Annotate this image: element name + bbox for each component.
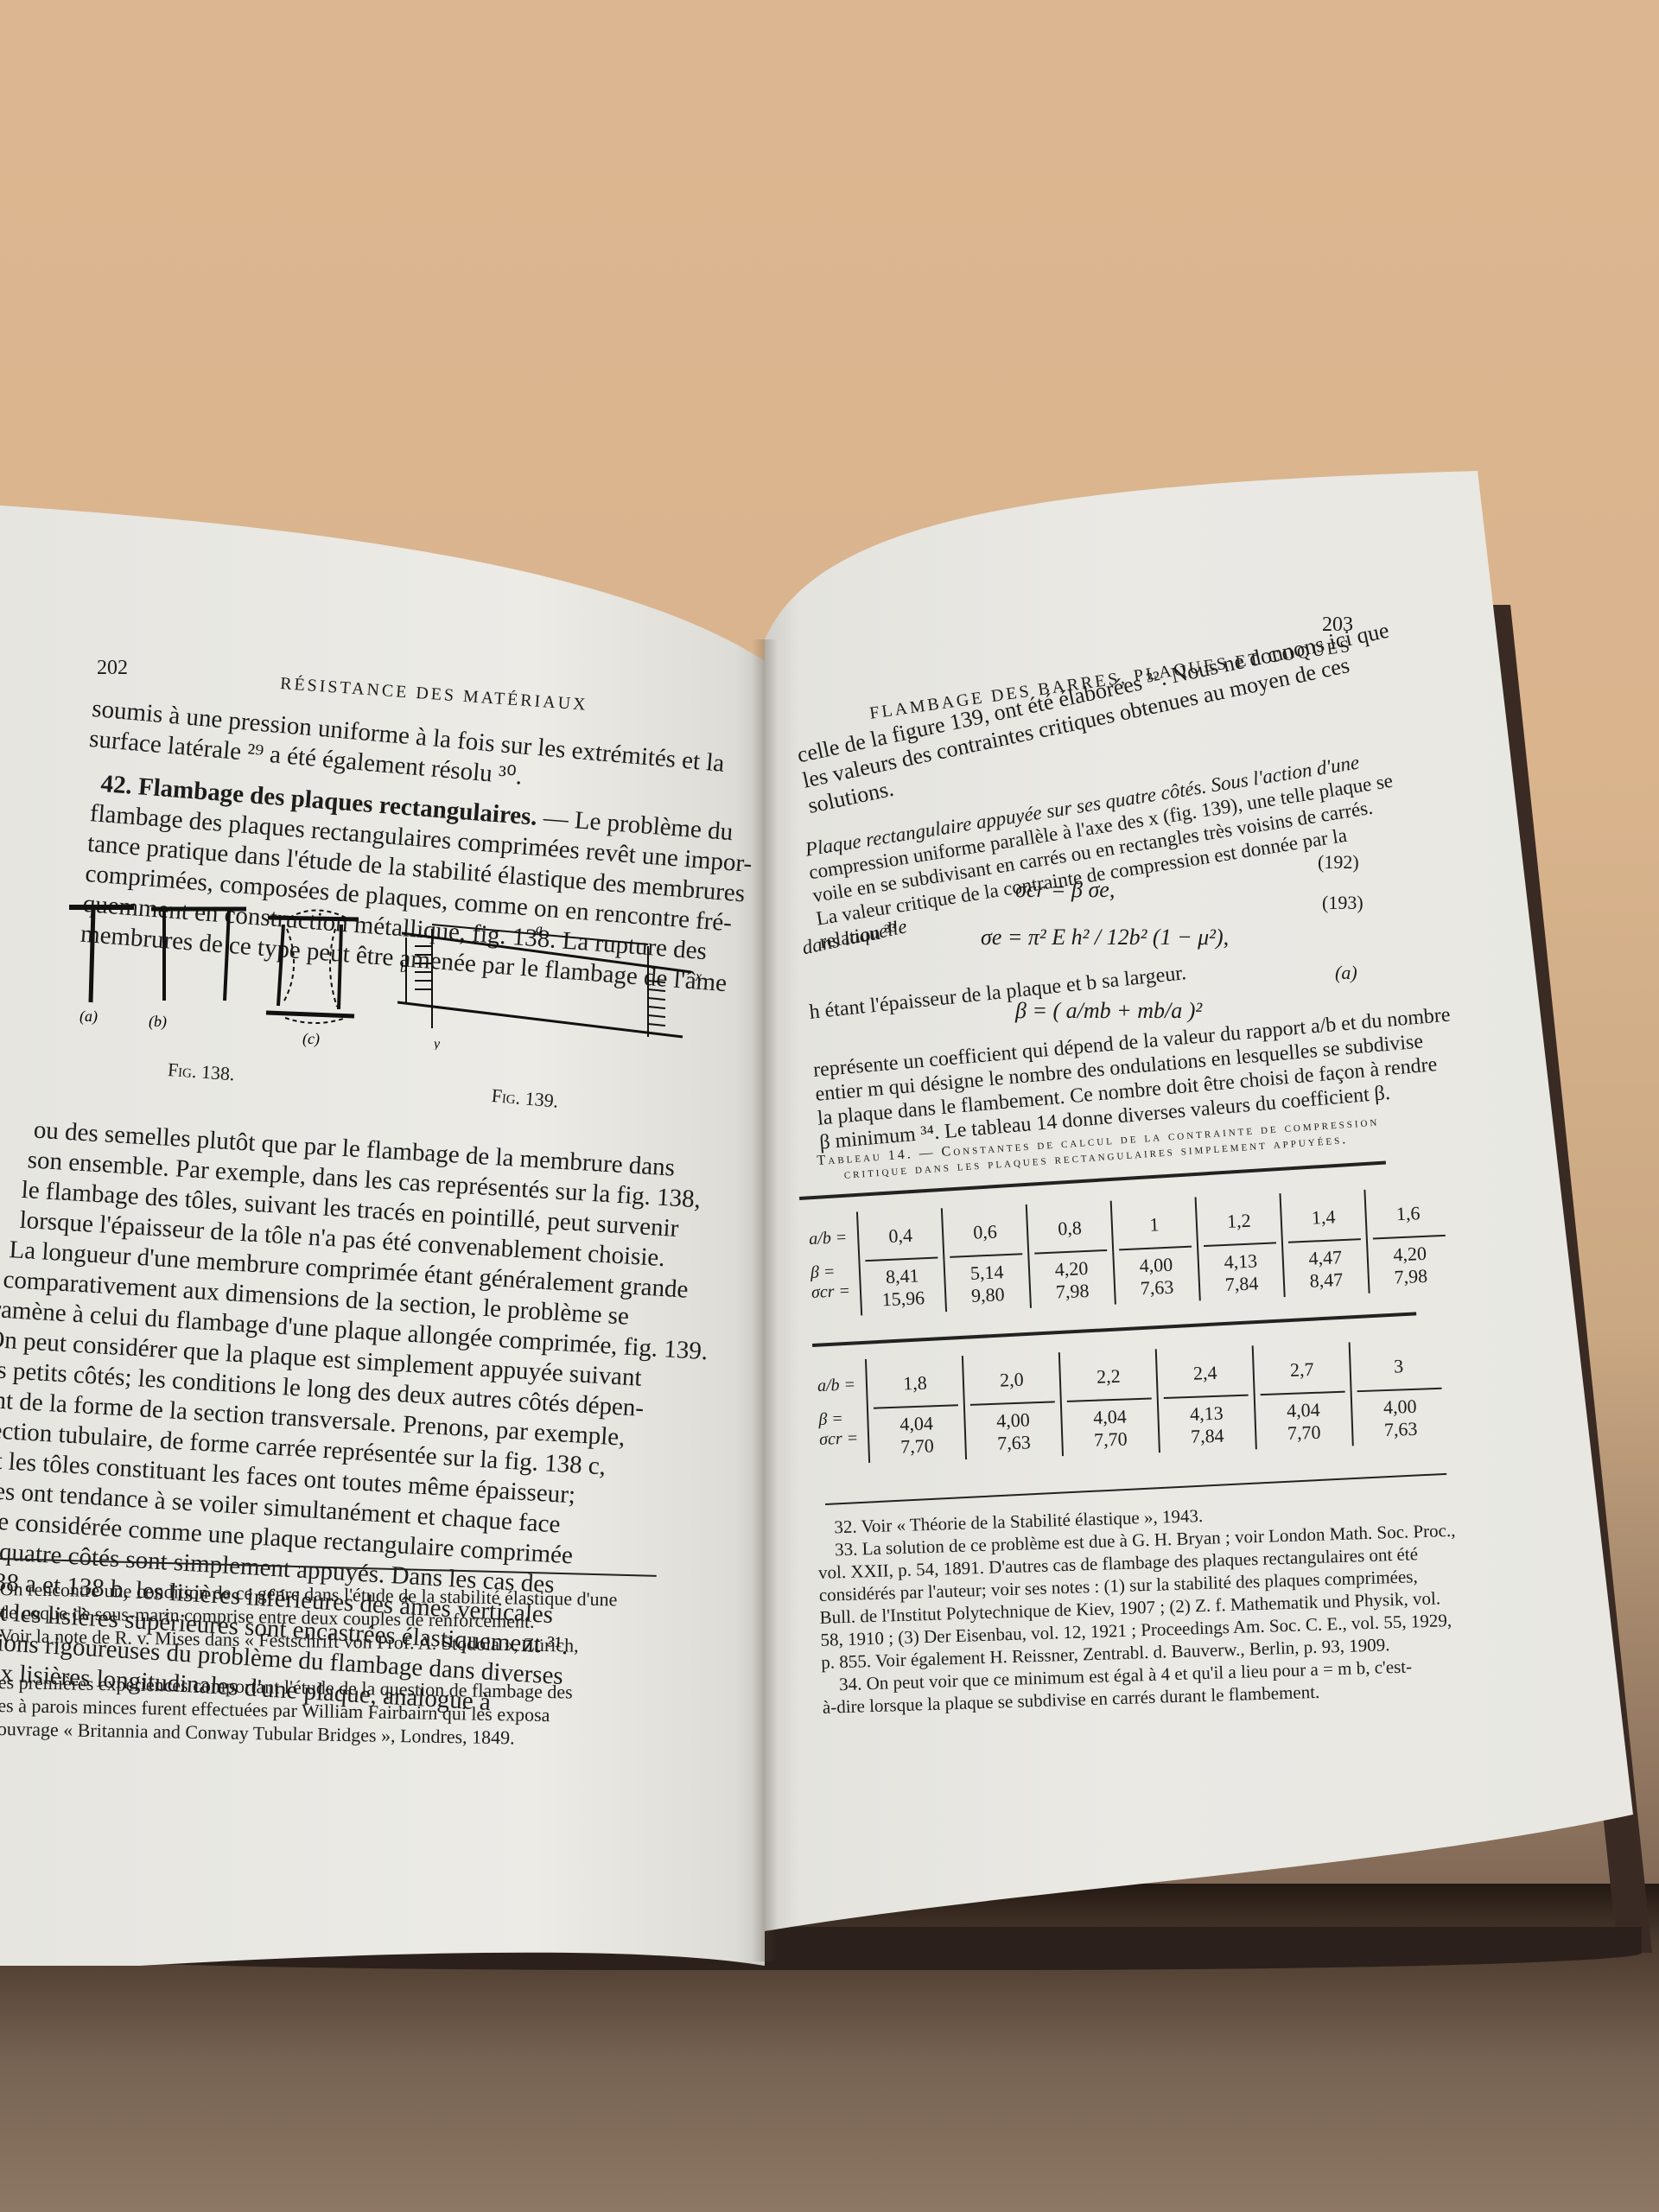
equation-number-192: (192) [1318,851,1359,874]
fig138-caption: Fig. 138. [167,1058,235,1085]
figure-139: a b x y [397,920,743,1050]
page-number-left: 202 [97,657,128,680]
gutter-shadow [752,639,778,1961]
svg-text:y: y [432,1037,441,1050]
table-cell: 1,24,137,84 [1196,1193,1285,1300]
table-cell: 2,04,007,63 [963,1352,1063,1459]
svg-text:(a): (a) [79,1007,98,1026]
figure-138: (a) (b) (c) [60,899,389,1071]
svg-text:b: b [400,961,407,976]
table-part-2: a/b = β = σcr = 1,84,047,70 2,04,007,63 … [817,1339,1449,1465]
plate-compression-diagram: a b x y [397,920,743,1050]
table-cell: 14,007,63 [1111,1197,1200,1304]
svg-text:x: x [695,969,702,984]
svg-text:(b): (b) [149,1013,167,1031]
left-page: 202 RÉSISTANCE DES MATÉRIAUX soumis à un… [0,505,765,1966]
table-cell: 0,84,207,98 [1027,1201,1116,1308]
equation-number-a: (a) [1335,962,1357,984]
left-footnotes: On rencontre une condition de ce genre d… [0,1577,618,1751]
row-labels: a/b = β = σcr = [817,1359,869,1465]
table-cell: 2,44,137,84 [1156,1345,1256,1452]
table-cell: 1,44,478,47 [1280,1190,1369,1297]
equation-192: σcr = β σe, [1015,877,1115,903]
table-cell: 0,65,149,80 [942,1205,1031,1312]
table-cell: 0,48,4115,96 [857,1208,946,1315]
table-cell: 1,64,207,98 [1364,1186,1452,1294]
fig139-caption: Fig. 139. [491,1084,560,1113]
i-beam-sections-diagram: (a) (b) (c) [60,899,389,1071]
equation-beta: β = ( a/mb + mb/a )² [1015,998,1202,1024]
equation-number-193: (193) [1322,892,1363,914]
table-cell: 2,24,047,70 [1059,1349,1160,1456]
equation-193: σe = π² E h² / 12b² (1 − μ²), [981,925,1229,950]
running-head-left: RÉSISTANCE DES MATÉRIAUX [279,674,588,715]
table-cell: 34,007,63 [1350,1339,1449,1446]
table-middle-rule [812,1312,1416,1347]
right-footnotes: 32. Voir « Théorie de la Stabilité élast… [817,1497,1461,1719]
table-cell: 1,84,047,70 [866,1356,966,1463]
row-labels: a/b = β = σcr = [808,1212,861,1318]
svg-text:a: a [536,922,543,937]
table-part-1: a/b = β = σcr = 0,48,4115,96 0,65,149,80… [808,1186,1453,1318]
table-cell: 2,74,047,70 [1253,1342,1353,1449]
svg-text:(c): (c) [302,1030,320,1048]
